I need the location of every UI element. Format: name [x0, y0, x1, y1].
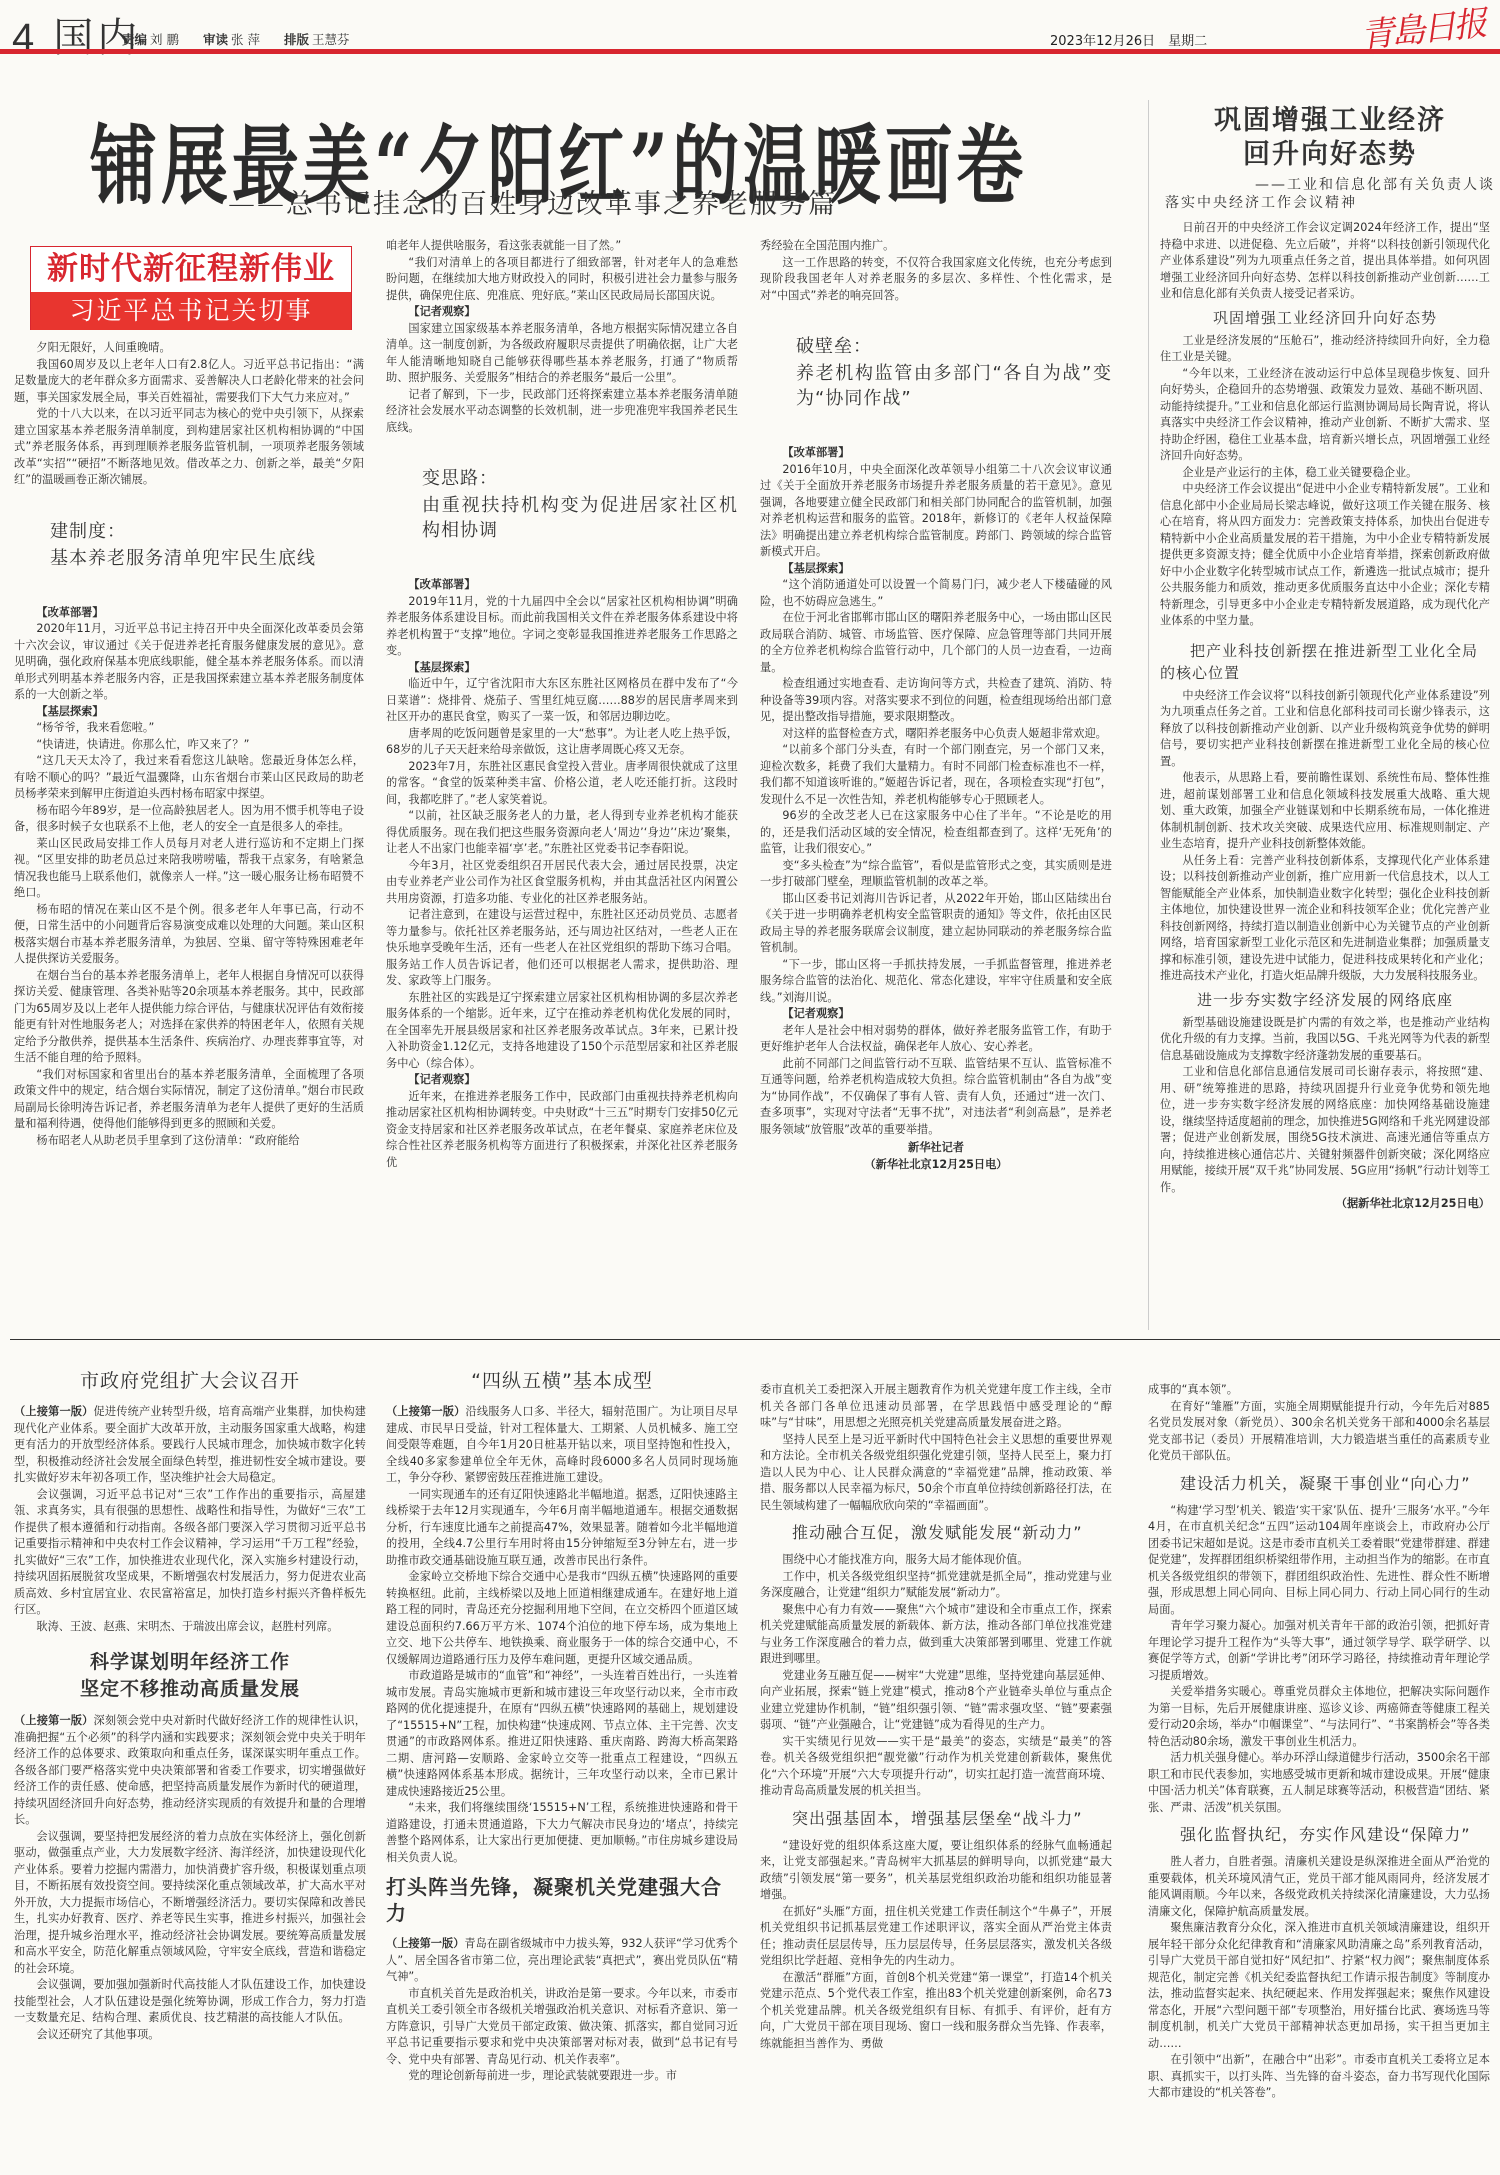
- section-heading: 破壁垒： 养老机构监管由多部门“各自为战”变为“协同作战”: [796, 334, 1112, 411]
- issue-date: 2023年12月26日 星期二: [1050, 30, 1207, 49]
- editor-credits: 责编刘 鹏 审读张 萍 排版王慧芬: [122, 30, 370, 48]
- section-divider: [10, 1339, 1500, 1340]
- section-heading: 突出强基固本，增强基层堡垒“战斗力”: [760, 1808, 1112, 1830]
- lead-column-2: 咱老年人提供啥服务，看这张表就能一目了然。” “我们对清单上的各项目都进行了细致…: [386, 238, 738, 1330]
- page-header: 4 国内 责编刘 鹏 审读张 萍 排版王慧芬 2023年12月26日 星期二 青…: [0, 0, 1500, 58]
- bottom-column-3: 委市直机关工委把深入开展主题教育作为机关党建年度工作主线，全市机关各部门各单位迅…: [760, 1382, 1112, 2172]
- bottom-column-2: “四纵五横”基本成型 （上接第一版）沿线服务人口多、半径大，辐射范围广。为让项目…: [386, 1360, 738, 2170]
- byline: 新华社记者: [760, 1140, 1112, 1157]
- section-heading: 把产业科技创新摆在推进新型工业化全局的核心位置: [1160, 640, 1490, 684]
- bottom-column-4: 成事的“真本领”。 在育好“雏雁”方面，实施全周期赋能提升行动，今年先后对885…: [1148, 1382, 1490, 2172]
- article-headline: 科学谋划明年经济工作 坚定不移推动高质量发展: [14, 1649, 366, 1703]
- column-divider: [1148, 100, 1149, 1330]
- right-subheadline: ——工业和信息化部有关负责人谈 落实中央经济工作会议精神: [1165, 176, 1495, 212]
- article-headline: 打头阵当先锋，凝聚机关党建强大合力: [386, 1874, 738, 1926]
- bottom-column-1: 市政府党组扩大会议召开 （上接第一版）促进传统产业转型升级，培育高端产业集群，加…: [14, 1360, 366, 2170]
- section-heading: 变思路： 由重视扶持机构变为促进居家社区机构相协调: [422, 466, 738, 543]
- header-rule: [0, 49, 1500, 54]
- right-headline: 巩固增强工业经济 回升向好态势: [1180, 104, 1480, 172]
- section-heading: 巩固增强工业经济回升向好态势: [1160, 307, 1490, 329]
- lead-column-1: 夕阳无限好，人间重晚晴。 我国60周岁及以上老年人口有2.8亿人。习近平总书记指…: [14, 340, 364, 1330]
- lead-column-3: 秀经验在全国范围内推广。 这一工作思路的转变，不仅符合我国家庭文化传统，也充分考…: [760, 238, 1112, 1318]
- section-heading: 推动融合互促，激发赋能发展“新动力”: [760, 1522, 1112, 1544]
- section-heading: 建设活力机关，凝聚干事创业“向心力”: [1148, 1473, 1490, 1495]
- dateline: （新华社北京12月25日电）: [760, 1157, 1112, 1174]
- series-badge: 新时代新征程新伟业 习近平总书记关切事: [30, 246, 352, 330]
- article-headline: 市政府党组扩大会议召开: [14, 1368, 366, 1394]
- section-heading: 建制度： 基本养老服务清单兜牢民生底线: [50, 519, 364, 571]
- right-column: 日前召开的中央经济工作会议定调2024年经济工作，提出“坚持稳中求进、以进促稳、…: [1160, 220, 1490, 1320]
- article-headline: “四纵五横”基本成型: [386, 1368, 738, 1394]
- section-heading: 强化监督执纪，夯实作风建设“保障力”: [1148, 1824, 1490, 1846]
- lead-subheadline: ——总书记挂念的百姓身边改革事之养老服务篇: [228, 182, 837, 221]
- section-heading: 进一步夯实数字经济发展的网络底座: [1160, 989, 1490, 1011]
